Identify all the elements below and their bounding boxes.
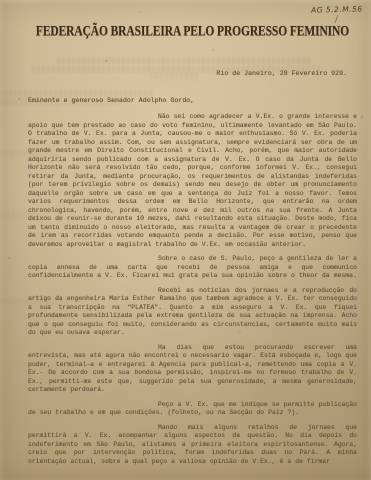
letter-body: Não sei como agradecer a V.Ex. o grande … (28, 113, 357, 466)
letterhead-title: FEDERAÇÃO BRASILEIRA PELO PROGRESSO FEMI… (28, 24, 357, 39)
dateline: Rio de Janeiro, 28 Fevereiro 929. (28, 70, 357, 77)
letter-paragraph: Não sei como agradecer a V.Ex. o grande … (28, 113, 357, 249)
salutation: Eminente e generoso Senador Adolpho Gord… (28, 97, 357, 104)
letter-paragraph: Sobre o caso de S. Paulo, peço a gentile… (28, 255, 357, 281)
letter-content: FEDERAÇÃO BRASILEIRA PELO PROGRESSO FEMI… (28, 0, 357, 472)
letter-paragraph: Mando mais alguns retalhos de jornaes qu… (28, 424, 357, 467)
scanned-letter-page: AG 5.2.M.56 FEDERAÇÃO BRASILEIRA PELO PR… (0, 0, 371, 480)
letter-paragraph: Peço a V. Ex. que me indique se permitte… (28, 401, 357, 418)
letter-paragraph: Recebi as noticias dos jornaes e a repro… (28, 287, 357, 338)
letter-paragraph: Ha dias que estou procurando escrever um… (28, 344, 357, 395)
